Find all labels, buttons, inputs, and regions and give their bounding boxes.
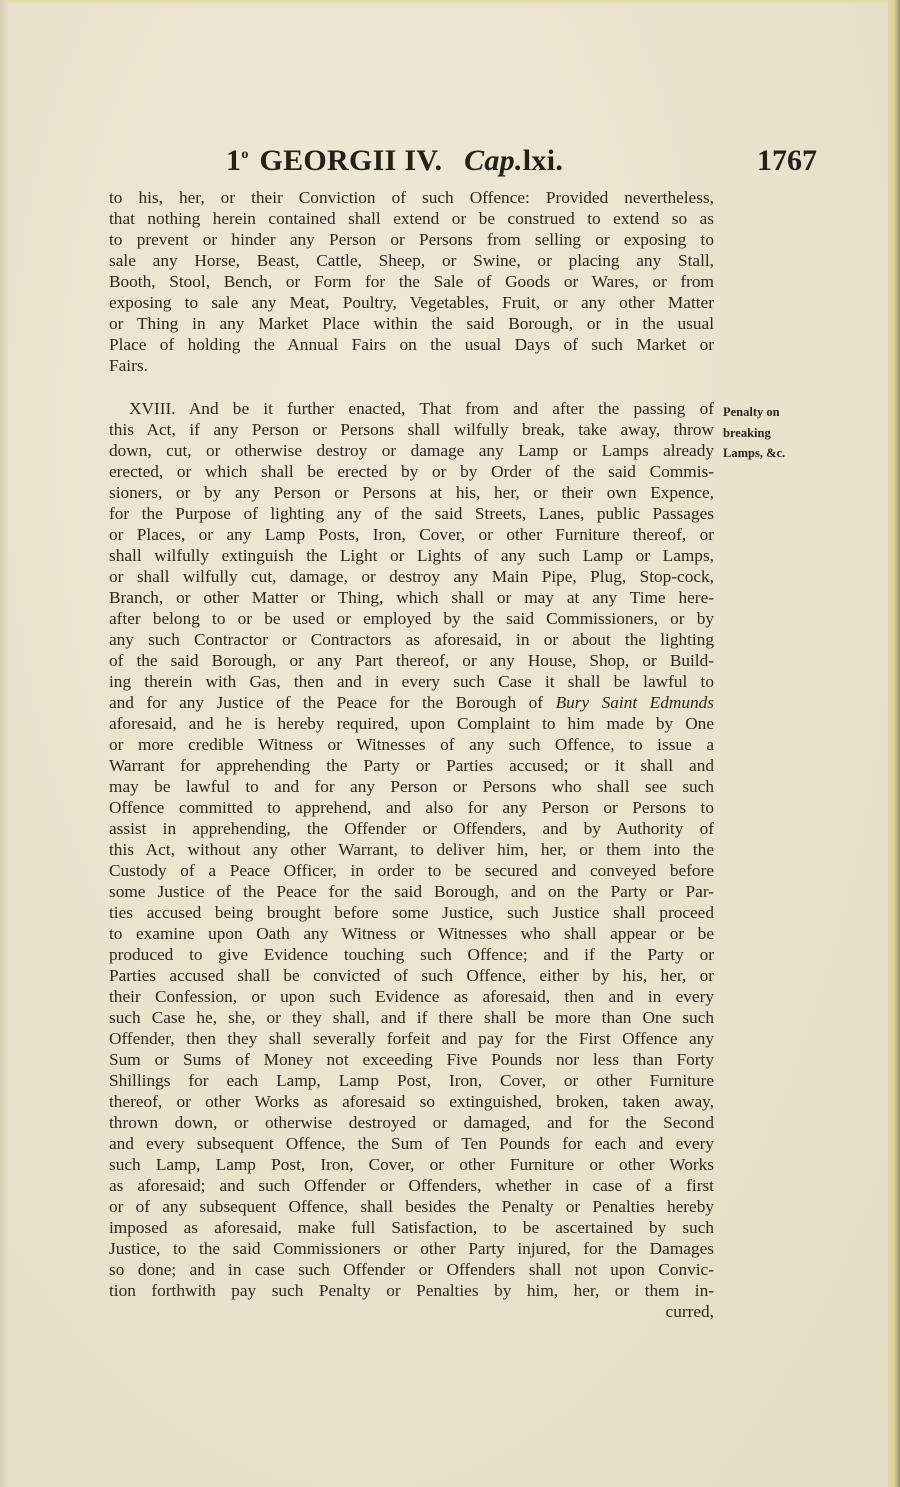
marginal-note: Penalty on breaking Lamps, &c. [723,402,785,464]
text-line: imposed as aforesaid, make full Satisfac… [109,1217,714,1238]
text-line: assist in apprehending, the Offender or … [109,818,714,839]
regnal-year-superscript: o [241,147,248,162]
marginal-note-line: Lamps, &c. [723,443,785,464]
text-line: to his, her, or their Conviction of such… [109,187,714,208]
text-line: Fairs. [109,355,714,376]
running-header: 1o GEORGII IV. Cap.lxi. 1767 [226,140,826,184]
text-line: or Thing in any Market Place within the … [109,313,714,334]
text-line: to prevent or hinder any Person or Perso… [109,229,714,250]
text-line: Parties accused shall be convicted of su… [109,965,714,986]
text-line: or more credible Witness or Witnesses of… [109,734,714,755]
text-line: Justice, to the said Commissioners or ot… [109,1238,714,1259]
text-line: produced to give Evidence touching such … [109,944,714,965]
text-line: Offence committed to apprehend, and also… [109,797,714,818]
text-line: may be lawful to and for any Person or P… [109,776,714,797]
text-line: sale any Horse, Beast, Cattle, Sheep, or… [109,250,714,271]
text-line: some Justice of the Peace for the said B… [109,881,714,902]
chapter-label: Cap. [464,144,523,177]
text-line: this Act, if any Person or Persons shall… [109,419,714,440]
text-line: exposing to sale any Meat, Poultry, Vege… [109,292,714,313]
text-line: such Case he, she, or they shall, and if… [109,1007,714,1028]
text-line: Warrant for apprehending the Party or Pa… [109,755,714,776]
text-line: or shall wilfully cut, damage, or destro… [109,566,714,587]
marginal-note-line: breaking [723,423,785,444]
text-line: Sum or Sums of Money not exceeding Five … [109,1049,714,1070]
text-line: erected, or which shall be erected by or… [109,461,714,482]
text-line: of the said Borough, or any Part thereof… [109,650,714,671]
running-head-title: 1o GEORGII IV. Cap.lxi. [226,144,563,178]
text-line: ties accused being brought before some J… [109,902,714,923]
text-line: down, cut, or otherwise destroy or damag… [109,440,714,461]
text-line: sioners, or by any Person or Persons at … [109,482,714,503]
text-line: Offender, then they shall severally forf… [109,1028,714,1049]
page-left-edge [0,0,8,1487]
page-gilt-edge [888,0,900,1487]
text-line: any such Contractor or Contractors as af… [109,629,714,650]
text-line: their Confession, or upon such Evidence … [109,986,714,1007]
text-line: tion forthwith pay such Penalty or Penal… [109,1280,714,1301]
section-heading-line: XVIII. And be it further enacted, That f… [109,398,714,419]
text-line: after belong to or be used or employed b… [109,608,714,629]
text-line: thereof, or other Works as aforesaid so … [109,1091,714,1112]
paragraph-continuation: to his, her, or their Conviction of such… [109,187,714,376]
text-line: Booth, Stool, Bench, or Form for the Sal… [109,271,714,292]
text-line: shall wilfully extinguish the Light or L… [109,545,714,566]
chapter-number: lxi. [523,144,563,177]
text-line: such Lamp, Lamp Post, Iron, Cover, or ot… [109,1154,714,1175]
text-line: Custody of a Peace Officer, in order to … [109,860,714,881]
text-line: aforesaid, and he is hereby required, up… [109,713,714,734]
text-line: or Places, or any Lamp Posts, Iron, Cove… [109,524,714,545]
place-name: Bury Saint Edmunds [556,693,714,712]
text-line: Place of holding the Annual Fairs on the… [109,334,714,355]
page-number: 1767 [757,144,817,178]
text-line: thrown down, or otherwise destroyed or d… [109,1112,714,1133]
text-line: that nothing herein contained shall exte… [109,208,714,229]
text-line: ing therein with Gas, then and in every … [109,671,714,692]
document-page: 1o GEORGII IV. Cap.lxi. 1767 to his, her… [0,0,900,1487]
text-line: and every subsequent Offence, the Sum of… [109,1133,714,1154]
text-line: Branch, or other Matter or Thing, which … [109,587,714,608]
text-line: or of any subsequent Offence, shall besi… [109,1196,714,1217]
monarch-name: GEORGII IV. [259,144,442,177]
text-segment: and for any Justice of the Peace for the… [109,693,543,712]
paragraph-section-xviii: XVIII. And be it further enacted, That f… [109,398,714,1322]
text-line: to examine upon Oath any Witness or Witn… [109,923,714,944]
page-top-edge [0,0,900,5]
text-line: this Act, without any other Warrant, to … [109,839,714,860]
text-line: so done; and in case such Offender or Of… [109,1259,714,1280]
catchword: curred, [109,1301,714,1322]
marginal-note-line: Penalty on [723,402,785,423]
text-line: as aforesaid; and such Offender or Offen… [109,1175,714,1196]
regnal-year: 1 [226,144,241,177]
text-line-with-place: and for any Justice of the Peace for the… [109,692,714,713]
text-line: Shillings for each Lamp, Lamp Post, Iron… [109,1070,714,1091]
text-line: for the Purpose of lighting any of the s… [109,503,714,524]
